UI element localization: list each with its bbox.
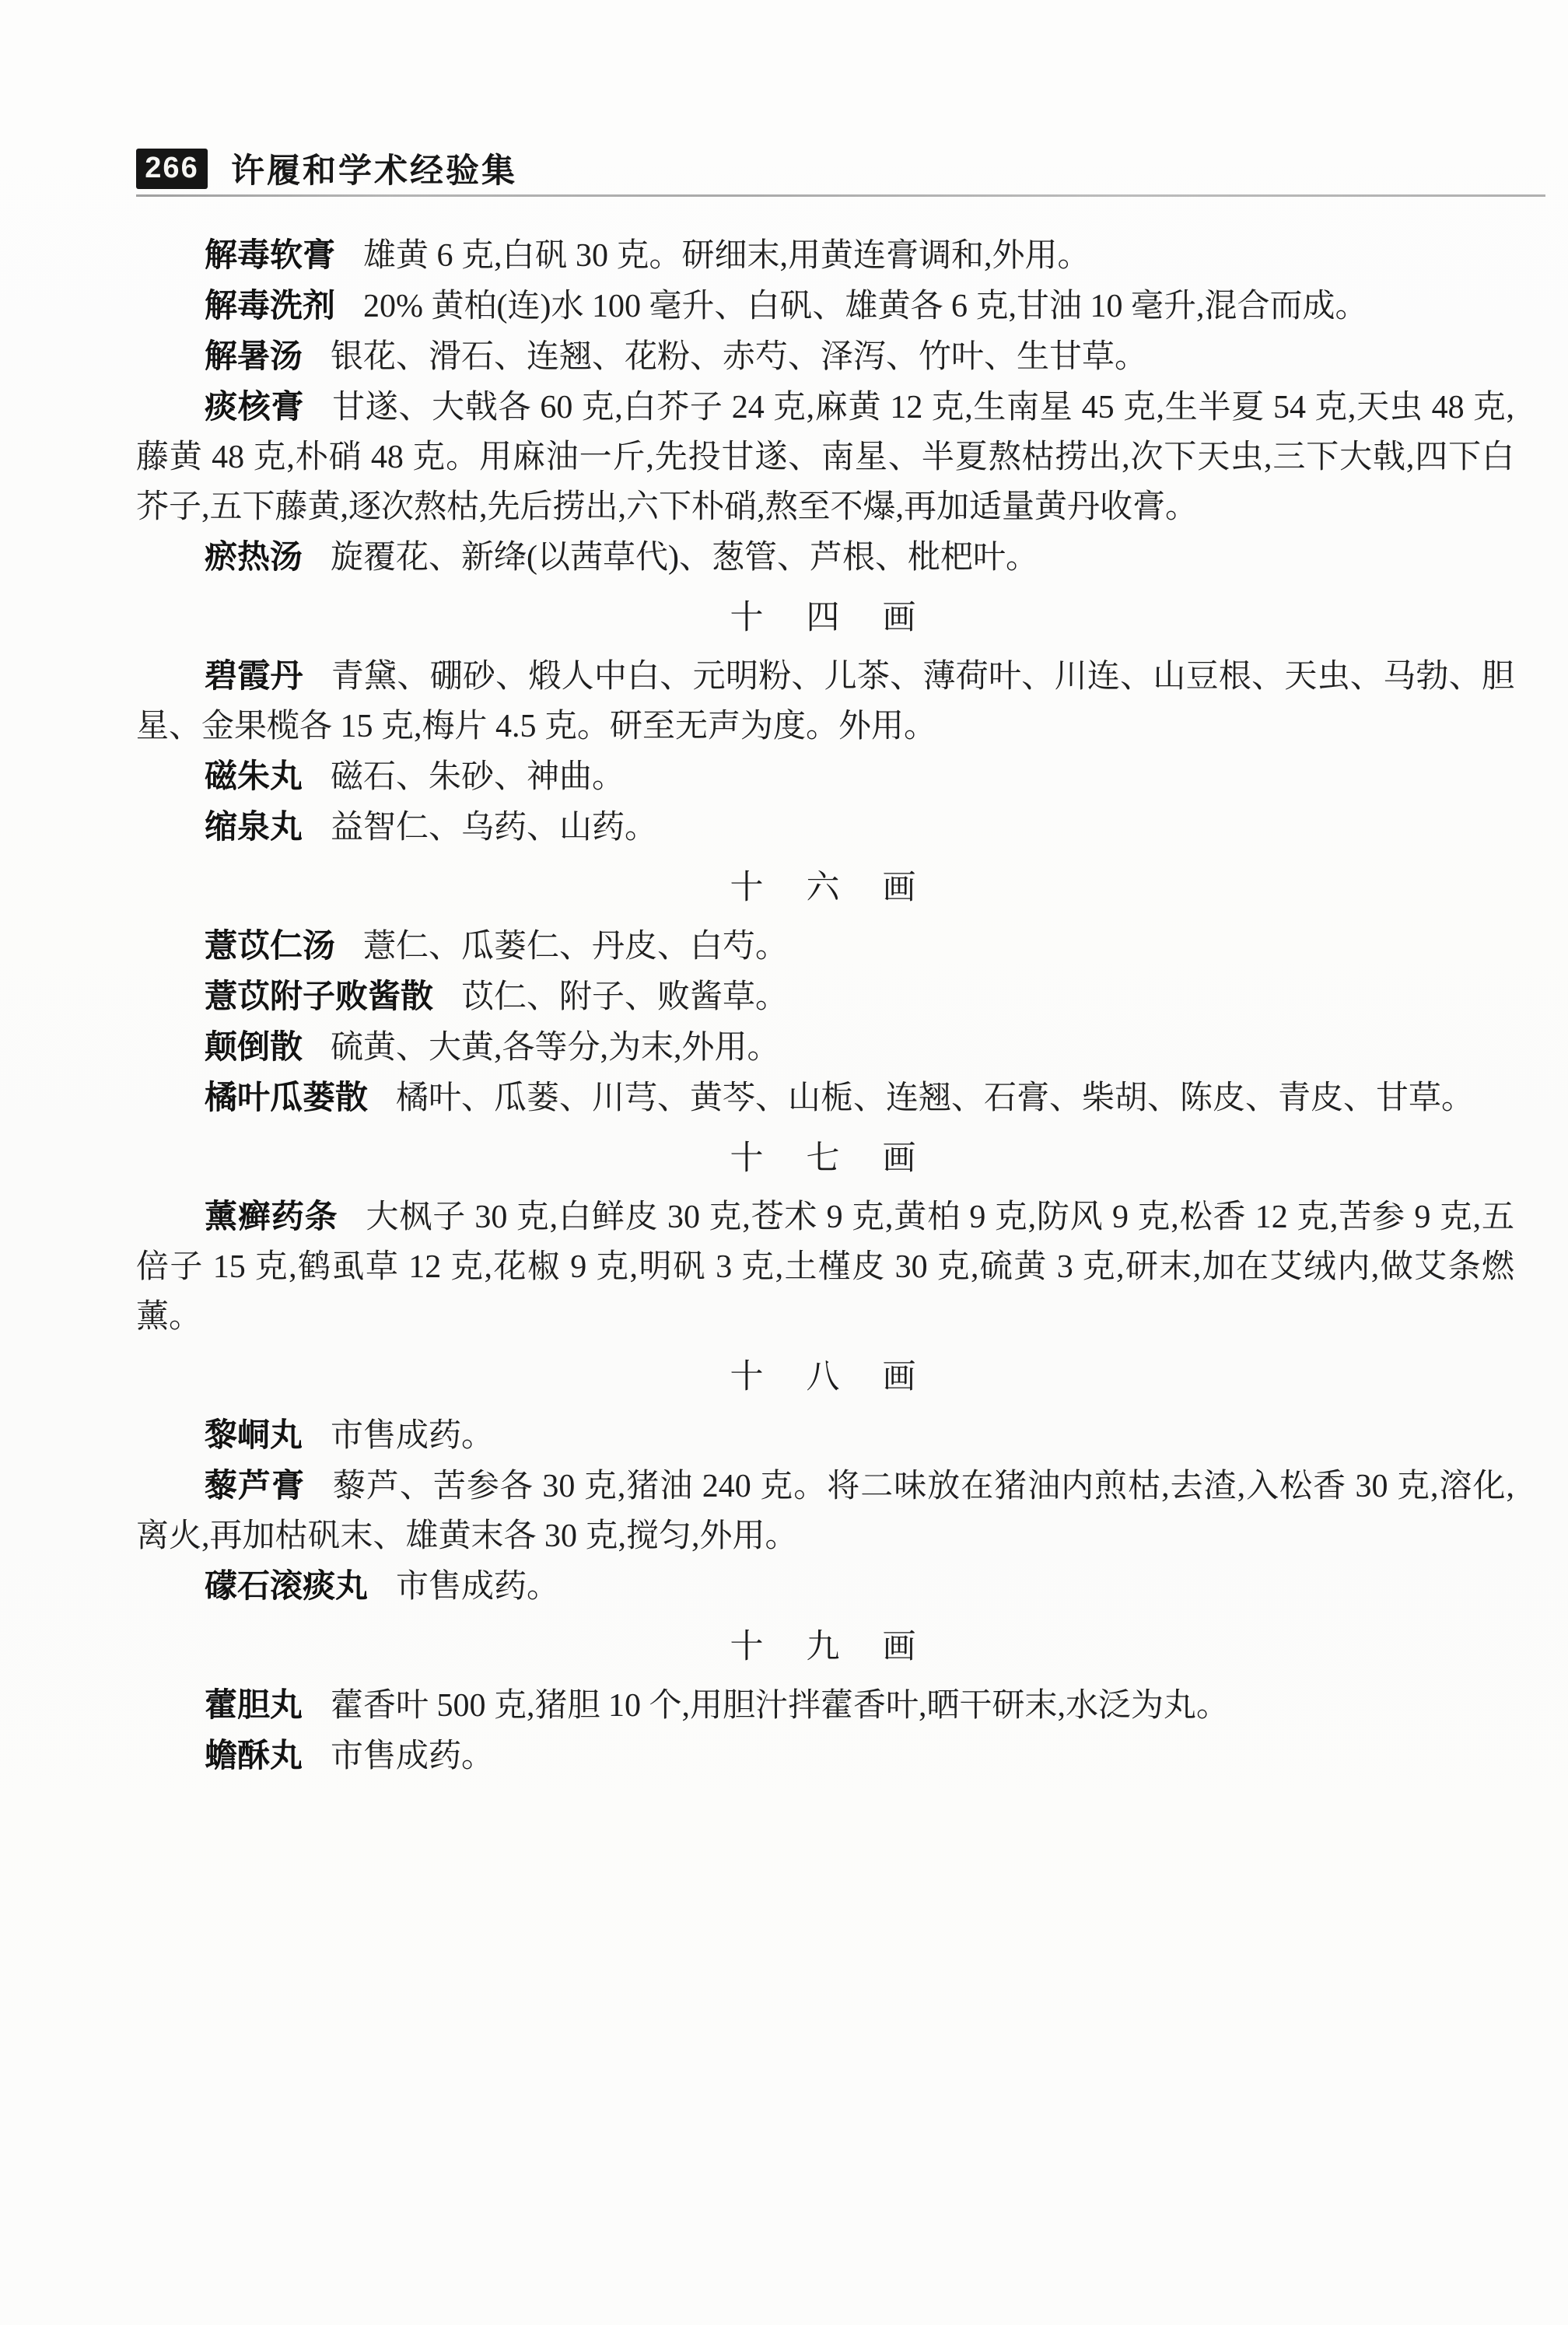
stroke-count-heading: 十 四 画 <box>136 594 1514 643</box>
formula-entry: 碧霞丹青黛、硼砂、煅人中白、元明粉、儿茶、薄荷叶、川连、山豆根、天虫、马勃、胆星… <box>136 651 1514 751</box>
formula-name: 藿胆丸 <box>205 1686 303 1723</box>
formula-composition: 青黛、硼砂、煅人中白、元明粉、儿茶、薄荷叶、川连、山豆根、天虫、马勃、胆星、金果… <box>136 659 1514 744</box>
formula-composition: 橘叶、瓜蒌、川芎、黄芩、山栀、连翘、石膏、柴胡、陈皮、青皮、甘草。 <box>396 1080 1474 1116</box>
formula-composition: 银花、滑石、连翘、花粉、赤芍、泽泻、竹叶、生甘草。 <box>331 339 1147 375</box>
formula-composition: 市售成药。 <box>396 1569 559 1605</box>
stroke-count-heading: 十 七 画 <box>136 1134 1514 1184</box>
formula-composition: 大枫子 30 克,白鲜皮 30 克,苍术 9 克,黄柏 9 克,防风 9 克,松… <box>136 1199 1514 1335</box>
book-title: 许履和学术经验集 <box>231 145 517 192</box>
formula-name: 解暑汤 <box>205 338 303 374</box>
formula-name: 缩泉丸 <box>205 808 303 845</box>
formula-composition: 20% 黄柏(连)水 100 毫升、白矾、雄黄各 6 克,甘油 10 毫升,混合… <box>363 289 1367 324</box>
stroke-count-heading: 十 六 画 <box>136 863 1514 913</box>
formula-composition: 苡仁、附子、败酱草。 <box>461 979 788 1015</box>
formula-name: 橘叶瓜蒌散 <box>205 1079 368 1115</box>
formula-entry: 藿胆丸藿香叶 500 克,猪胆 10 个,用胆汁拌藿香叶,晒干研末,水泛为丸。 <box>136 1680 1514 1731</box>
formula-entry: 黎峒丸市售成药。 <box>136 1410 1514 1461</box>
formula-name: 薏苡仁汤 <box>205 927 335 964</box>
formula-entry: 磁朱丸磁石、朱砂、神曲。 <box>136 751 1514 802</box>
formula-composition: 硫黄、大黄,各等分,为末,外用。 <box>331 1030 780 1066</box>
formula-composition: 市售成药。 <box>331 1738 494 1774</box>
formula-name: 解毒软膏 <box>205 236 335 273</box>
formula-composition: 藿香叶 500 克,猪胆 10 个,用胆汁拌藿香叶,晒干研末,水泛为丸。 <box>331 1688 1229 1724</box>
page-number-badge: 266 <box>136 149 208 189</box>
formula-name: 碧霞丹 <box>205 657 303 694</box>
formula-index-content: 解毒软膏雄黄 6 克,白矾 30 克。研细末,用黄连膏调和,外用。解毒洗剂20%… <box>136 230 1514 1781</box>
formula-entry: 痰核膏甘遂、大戟各 60 克,白芥子 24 克,麻黄 12 克,生南星 45 克… <box>136 382 1514 532</box>
formula-name: 颠倒散 <box>205 1028 303 1065</box>
formula-composition: 益智仁、乌药、山药。 <box>331 810 657 846</box>
formula-composition: 甘遂、大戟各 60 克,白芥子 24 克,麻黄 12 克,生南星 45 克,生半… <box>136 390 1514 525</box>
scanned-book-page: 266 许履和学术经验集 解毒软膏雄黄 6 克,白矾 30 克。研细末,用黄连膏… <box>0 0 1568 2325</box>
formula-name: 礞石滚痰丸 <box>205 1567 368 1604</box>
formula-name: 痰核膏 <box>205 388 304 425</box>
formula-composition: 雄黄 6 克,白矾 30 克。研细末,用黄连膏调和,外用。 <box>363 238 1090 274</box>
formula-name: 藜芦膏 <box>205 1467 305 1504</box>
stroke-count-heading: 十 八 画 <box>136 1353 1514 1402</box>
formula-name: 薏苡附子败酱散 <box>205 978 433 1014</box>
formula-entry: 蟾酥丸市售成药。 <box>136 1731 1514 1781</box>
formula-entry: 解毒洗剂20% 黄柏(连)水 100 毫升、白矾、雄黄各 6 克,甘油 10 毫… <box>136 281 1514 331</box>
formula-name: 蟾酥丸 <box>205 1737 303 1774</box>
formula-composition: 旋覆花、新绛(以茜草代)、葱管、芦根、枇杷叶。 <box>331 540 1038 576</box>
formula-entry: 缩泉丸益智仁、乌药、山药。 <box>136 802 1514 853</box>
formula-entry: 礞石滚痰丸市售成药。 <box>136 1561 1514 1612</box>
formula-name: 磁朱丸 <box>205 758 303 794</box>
formula-name: 瘀热汤 <box>205 538 303 575</box>
header-divider <box>136 194 1545 197</box>
formula-entry: 薏苡仁汤薏仁、瓜蒌仁、丹皮、白芍。 <box>136 921 1514 972</box>
formula-composition: 薏仁、瓜蒌仁、丹皮、白芍。 <box>363 929 788 965</box>
formula-entry: 薰癣药条大枫子 30 克,白鲜皮 30 克,苍术 9 克,黄柏 9 克,防风 9… <box>136 1192 1514 1342</box>
formula-name: 解毒洗剂 <box>205 287 335 324</box>
formula-composition: 市售成药。 <box>331 1418 494 1454</box>
formula-entry: 颠倒散硫黄、大黄,各等分,为末,外用。 <box>136 1022 1514 1073</box>
formula-name: 薰癣药条 <box>205 1198 338 1234</box>
formula-entry: 瘀热汤旋覆花、新绛(以茜草代)、葱管、芦根、枇杷叶。 <box>136 532 1514 583</box>
formula-name: 黎峒丸 <box>205 1416 303 1453</box>
formula-composition: 藜芦、苦参各 30 克,猪油 240 克。将二味放在猪油内煎枯,去渣,入松香 3… <box>136 1469 1514 1554</box>
formula-entry: 解毒软膏雄黄 6 克,白矾 30 克。研细末,用黄连膏调和,外用。 <box>136 230 1514 281</box>
formula-entry: 藜芦膏藜芦、苦参各 30 克,猪油 240 克。将二味放在猪油内煎枯,去渣,入松… <box>136 1461 1514 1561</box>
formula-entry: 橘叶瓜蒌散橘叶、瓜蒌、川芎、黄芩、山栀、连翘、石膏、柴胡、陈皮、青皮、甘草。 <box>136 1073 1514 1123</box>
page-header: 266 许履和学术经验集 <box>136 145 517 192</box>
formula-composition: 磁石、朱砂、神曲。 <box>331 759 625 795</box>
formula-entry: 薏苡附子败酱散苡仁、附子、败酱草。 <box>136 972 1514 1022</box>
stroke-count-heading: 十 九 画 <box>136 1623 1514 1672</box>
formula-entry: 解暑汤银花、滑石、连翘、花粉、赤芍、泽泻、竹叶、生甘草。 <box>136 331 1514 382</box>
